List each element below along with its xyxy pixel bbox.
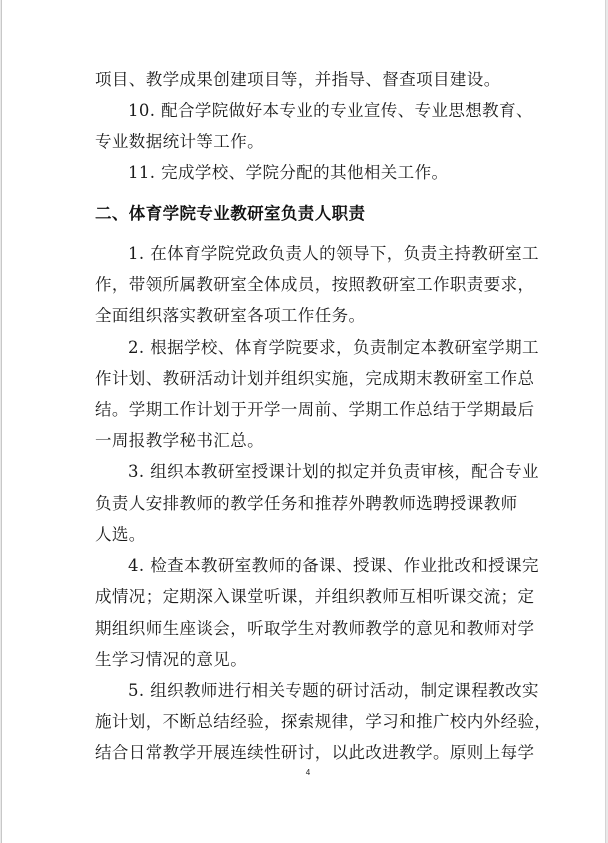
paragraph-line: 成情况；定期深入课堂听课，并组织教师互相听课交流；定 — [95, 586, 534, 608]
line-text: 结。学期工作计划于开学一周前、学期工作总结于学期最后 — [95, 400, 534, 419]
paragraph-line: 项目、教学成果创建项目等，并指导、督查项目建设。 — [95, 69, 501, 91]
paragraph-line: 人选。 — [95, 524, 146, 546]
paragraph-line: 专业数据统计等工作。 — [95, 131, 264, 153]
line-text: 一周报教学秘书汇总。 — [95, 431, 264, 450]
paragraph-line: 全面组织落实教研室各项工作任务。 — [95, 305, 365, 327]
section-heading: 二、体育学院专业教研室负责人职责 — [95, 203, 365, 225]
line-text: 作计划、教研活动计划并组织实施，完成期末教研室工作总 — [95, 369, 534, 388]
line-text: 生学习情况的意见。 — [95, 650, 247, 669]
paragraph-line: 期组织师生座谈会，听取学生对教师教学的意见和教师对学 — [95, 618, 534, 640]
page-number: 4 — [298, 768, 318, 777]
line-text: 人选。 — [95, 525, 146, 544]
line-text: 作，带领所属教研室全体成员，按照教研室工作职责要求， — [95, 275, 534, 294]
paragraph-line: 结合日常教学开展连续性研讨，以此改进教学。原则上每学 — [95, 742, 534, 764]
line-text: 2. 根据学校、体育学院要求，负责制定本教研室学期工 — [128, 338, 539, 357]
line-text: 3. 组织本教研室授课计划的拟定并负责审核，配合专业 — [128, 462, 539, 481]
line-text: 项目、教学成果创建项目等，并指导、督查项目建设。 — [95, 70, 501, 89]
line-text: 1. 在体育学院党政负责人的领导下，负责主持教研室工 — [128, 244, 539, 263]
paragraph-line: 4. 检查本教研室教师的备课、授课、作业批改和授课完 — [128, 555, 539, 577]
paragraph-line: 11. 完成学校、学院分配的其他相关工作。 — [128, 162, 448, 184]
paragraph-line: 5. 组织教师进行相关专题的研讨活动，制定课程教改实 — [128, 680, 539, 702]
paragraph-line: 结。学期工作计划于开学一周前、学期工作总结于学期最后 — [95, 399, 534, 421]
line-text: 结合日常教学开展连续性研讨，以此改进教学。原则上每学 — [95, 743, 534, 762]
line-text: 专业数据统计等工作。 — [95, 132, 264, 151]
paragraph-line: 负责人安排教师的教学任务和推荐外聘教师选聘授课教师 — [95, 493, 518, 515]
line-text: 4. 检查本教研室教师的备课、授课、作业批改和授课完 — [128, 556, 539, 575]
paragraph-line: 生学习情况的意见。 — [95, 649, 247, 671]
paragraph-line: 3. 组织本教研室授课计划的拟定并负责审核，配合专业 — [128, 461, 539, 483]
line-text: 施计划，不断总结经验，探索规律，学习和推广校内外经验， — [95, 712, 551, 731]
line-text: 负责人安排教师的教学任务和推荐外聘教师选聘授课教师 — [95, 494, 518, 513]
line-text: 成情况；定期深入课堂听课，并组织教师互相听课交流；定 — [95, 587, 534, 606]
paragraph-line: 2. 根据学校、体育学院要求，负责制定本教研室学期工 — [128, 337, 539, 359]
line-text: 10. 配合学院做好本专业的专业宣传、专业思想教育、 — [128, 101, 533, 120]
paragraph-line: 10. 配合学院做好本专业的专业宣传、专业思想教育、 — [128, 100, 533, 122]
paragraph-line: 一周报教学秘书汇总。 — [95, 430, 264, 452]
document-page: 项目、教学成果创建项目等，并指导、督查项目建设。 10. 配合学院做好本专业的专… — [1, 0, 606, 843]
paragraph-line: 作计划、教研活动计划并组织实施，完成期末教研室工作总 — [95, 368, 534, 390]
paragraph-line: 施计划，不断总结经验，探索规律，学习和推广校内外经验， — [95, 711, 551, 733]
line-text: 5. 组织教师进行相关专题的研讨活动，制定课程教改实 — [128, 681, 539, 700]
line-text: 期组织师生座谈会，听取学生对教师教学的意见和教师对学 — [95, 619, 534, 638]
paragraph-line: 1. 在体育学院党政负责人的领导下，负责主持教研室工 — [128, 243, 539, 265]
line-text: 全面组织落实教研室各项工作任务。 — [95, 306, 365, 325]
paragraph-line: 作，带领所属教研室全体成员，按照教研室工作职责要求， — [95, 274, 534, 296]
line-text: 11. 完成学校、学院分配的其他相关工作。 — [128, 163, 448, 182]
